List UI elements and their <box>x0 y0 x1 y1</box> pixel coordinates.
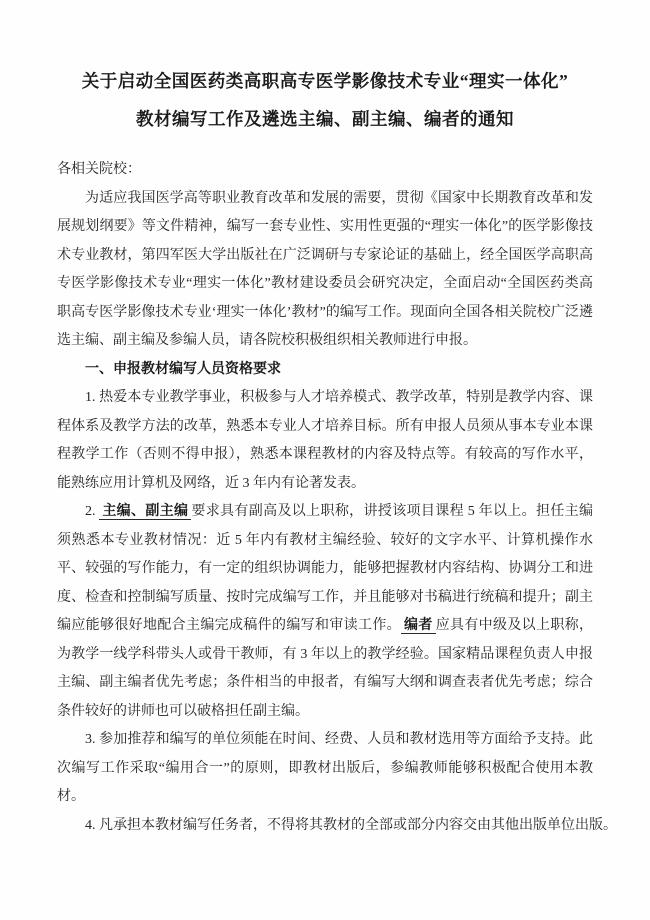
document-body: 各相关院校： 为适应我国医学高等职业教育改革和发展的需要，贯彻《国家中长期教育改… <box>57 156 593 840</box>
requirement-item-3: 3. 参加推荐和编写的单位须能在时间、经费、人员和教材选用等方面给予支持。此次编… <box>57 726 593 812</box>
item-2-number: 2. <box>85 504 99 519</box>
salutation: 各相关院校： <box>57 156 593 185</box>
item-2-text-a: 要求具有副高及以上职称，讲授该项目课程 5 年以上。担任主编须熟悉本专业教材情况… <box>57 504 593 633</box>
item-2-role-editor-label: 编者 <box>401 618 436 634</box>
intro-paragraph: 为适应我国医学高等职业教育改革和发展的需要，贯彻《国家中长期教育改革和发展规划纲… <box>57 185 593 356</box>
requirement-item-2: 2. 主编、副主编要求具有副高及以上职称，讲授该项目课程 5 年以上。担任主编须… <box>57 498 593 726</box>
section-1-heading: 一、申报教材编写人员资格要求 <box>57 356 593 385</box>
title-line-1: 关于启动全国医药类高职高专医学影像技术专业“理实一体化” <box>0 62 650 100</box>
item-2-role-chief-editor-label: 主编、副主编 <box>99 504 191 520</box>
document-title: 关于启动全国医药类高职高专医学影像技术专业“理实一体化” 教材编写工作及遴选主编… <box>0 62 650 138</box>
title-line-2: 教材编写工作及遴选主编、副主编、编者的通知 <box>0 100 650 138</box>
item-2-text-b: 应具有中级及以上职称，为教学一线学科带头人或骨干教师，有 3 年以上的教学经验。… <box>57 618 593 719</box>
requirement-item-1: 1. 热爱本专业教学事业，积极参与人才培养模式、教学改革，特别是教学内容、课程体… <box>57 384 593 498</box>
requirement-item-4: 4. 凡承担本教材编写任务者，不得将其教材的全部或部分内容交由其他出版单位出版。 <box>57 812 593 841</box>
document-page: 关于启动全国医药类高职高专医学影像技术专业“理实一体化” 教材编写工作及遴选主编… <box>0 0 650 920</box>
